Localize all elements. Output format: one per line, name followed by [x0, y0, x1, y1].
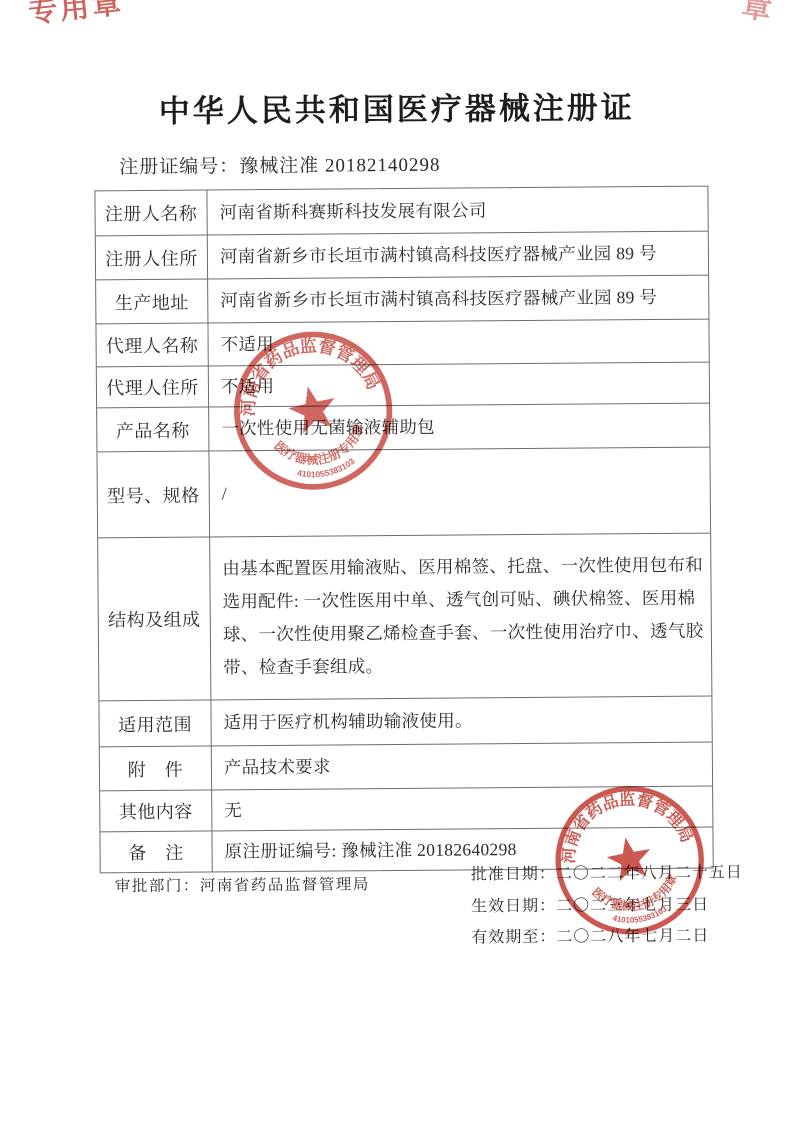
row-label: 型号、规格	[97, 451, 210, 537]
row-label: 代理人住所	[97, 366, 209, 407]
row-value: 适用于医疗机构辅助输液使用。	[211, 697, 711, 746]
table-row: 注册人名称 河南省斯科赛斯科技发展有限公司	[95, 187, 707, 236]
row-label: 注册人名称	[95, 191, 207, 236]
approval-department-line: 审批部门：河南省药品监督管理局	[115, 872, 370, 896]
row-label: 其他内容	[100, 790, 212, 831]
certificate-number-label: 注册证编号：	[119, 156, 239, 178]
approval-department-value: 河南省药品监督管理局	[200, 876, 370, 894]
expiry-date-label: 有效期至：	[471, 929, 556, 947]
row-label: 产品名称	[97, 407, 209, 451]
table-row: 生产地址 河南省新乡市长垣市满村镇高科技医疗器械产业园 89 号	[96, 275, 708, 324]
stamp-type-arc-text: 医疗器械注册专用章	[588, 870, 685, 921]
page-title: 中华人民共和国医疗器械注册证	[0, 81, 797, 132]
row-label: 代理人名称	[96, 323, 208, 366]
row-label: 附 件	[100, 746, 212, 790]
table-row: 附 件 产品技术要求	[100, 742, 712, 791]
row-label: 适用范围	[99, 700, 211, 746]
row-label: 生产地址	[96, 279, 208, 323]
stamp-type-arc-text: 医疗器械注册专用章	[269, 419, 373, 477]
table-row: 结构及组成 由基本配置医用输液贴、医用棉签、托盘、一次性使用包布和选用配件: 一…	[98, 533, 711, 701]
table-row: 适用范围 适用于医疗机构辅助输液使用。	[99, 696, 711, 747]
official-seal-stamp-icon: 河南省药品监督管理局 医疗器械注册专用章 4101055383103	[541, 772, 718, 949]
certificate-sheet: 中华人民共和国医疗器械注册证 注册证编号：豫械注准 20182140298 注册…	[0, 0, 800, 1131]
row-value: 河南省新乡市长垣市满村镇高科技医疗器械产业园 89 号	[208, 276, 708, 323]
approval-department-label: 审批部门：	[115, 878, 200, 896]
scanned-certificate-page: { "document": { "title": "中华人民共和国医疗器械注册证…	[0, 0, 800, 1131]
table-row: 注册人住所 河南省新乡市长垣市满村镇高科技医疗器械产业园 89 号	[96, 231, 708, 280]
row-label: 注册人住所	[96, 236, 208, 280]
svg-text:医疗器械注册专用章: 医疗器械注册专用章	[588, 870, 685, 921]
certificate-number-value: 豫械注准 20182140298	[239, 155, 440, 178]
certificate-table: 注册人名称 河南省斯科赛斯科技发展有限公司 注册人住所 河南省新乡市长垣市满村镇…	[94, 186, 713, 874]
approval-date-label: 批准日期：	[471, 866, 556, 884]
svg-text:医疗器械注册专用章: 医疗器械注册专用章	[269, 419, 373, 477]
table-row: 代理人住所 不适用	[97, 362, 709, 408]
star-icon	[604, 833, 655, 882]
star-icon	[285, 381, 341, 435]
row-value: 河南省斯科赛斯科技发展有限公司	[207, 187, 707, 235]
table-row: 代理人名称 不适用	[96, 319, 708, 367]
row-label: 备 注	[100, 831, 212, 872]
official-seal-stamp-icon: 河南省药品监督管理局 医疗器械注册专用章 4101055383103	[217, 314, 410, 507]
row-value: 由基本配置医用输液贴、医用棉签、托盘、一次性使用包布和选用配件: 一次性医用中单…	[210, 534, 711, 700]
row-value: 河南省新乡市长垣市满村镇高科技医疗器械产业园 89 号	[208, 232, 708, 279]
row-label: 结构及组成	[98, 537, 211, 700]
effective-date-label: 生效日期：	[471, 897, 556, 915]
certificate-number-line: 注册证编号：豫械注准 20182140298	[119, 150, 440, 180]
